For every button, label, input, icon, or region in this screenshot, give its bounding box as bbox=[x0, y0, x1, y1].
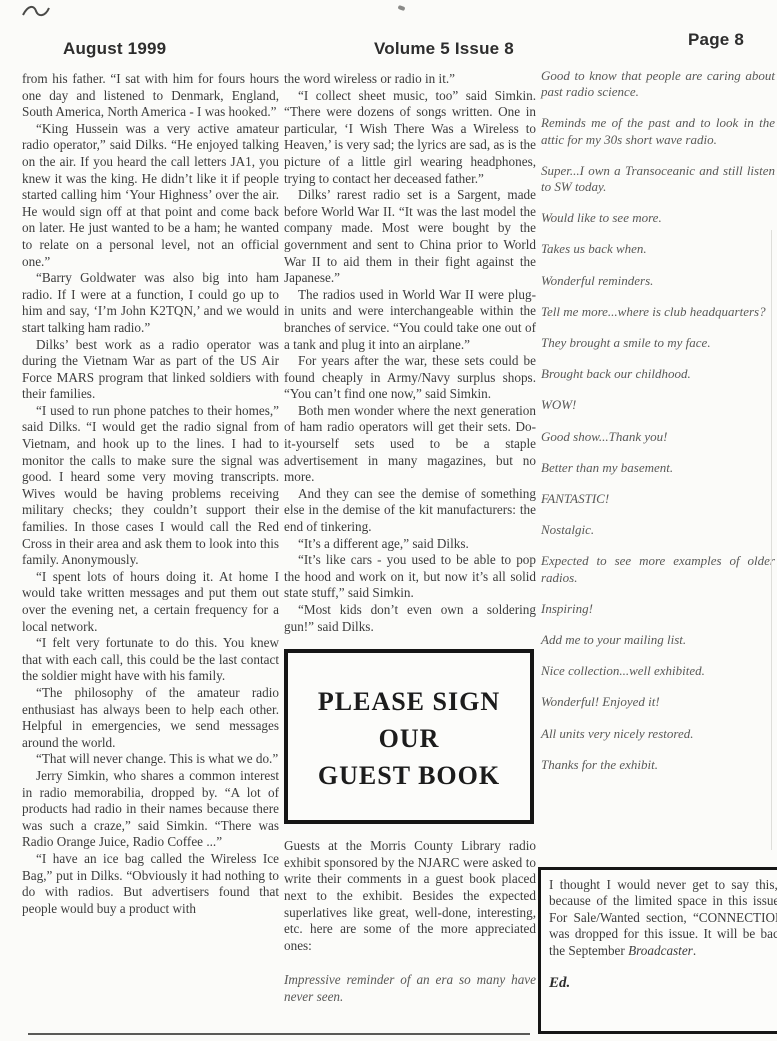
article-paragraph: For years after the war, these sets coul… bbox=[284, 353, 536, 403]
visitor-comment: Nice collection...well exhibited. bbox=[541, 663, 775, 679]
editor-signature: Ed. bbox=[549, 975, 777, 991]
article-paragraph: “Most kids don’t even own a soldering gu… bbox=[284, 602, 536, 635]
visitor-comment: Inspiring! bbox=[541, 601, 775, 617]
article-paragraph: Both men wonder where the next generatio… bbox=[284, 403, 536, 486]
visitor-comment: Takes us back when. bbox=[541, 241, 775, 257]
article-paragraph: “I felt very fortunate to do this. You k… bbox=[22, 635, 279, 685]
visitor-comment: Add me to your mailing list. bbox=[541, 632, 775, 648]
guest-book-box: PLEASE SIGN OUR GUEST BOOK bbox=[284, 649, 534, 824]
article-paragraph: “It’s like cars - you used to be able to… bbox=[284, 552, 536, 602]
article-paragraph: the word wireless or radio in it.” bbox=[284, 71, 536, 88]
article-paragraph: Dilks’ best work as a radio operator was… bbox=[22, 337, 279, 403]
editor-note-period: . bbox=[693, 943, 696, 958]
article-paragraph: “I used to run phone patches to their ho… bbox=[22, 403, 279, 569]
scan-speck-mark bbox=[398, 5, 406, 11]
middle-column-text: the word wireless or radio in it.”“I col… bbox=[284, 71, 536, 635]
visitor-comment: Tell me more...where is club headquarter… bbox=[541, 304, 775, 320]
scan-scribble-mark bbox=[21, 3, 51, 24]
article-paragraph: “I have an ice bag called the Wireless I… bbox=[22, 851, 279, 917]
guest-book-title-line2: GUEST BOOK bbox=[294, 757, 524, 794]
scan-edge-line bbox=[28, 1033, 530, 1035]
visitor-comment: Thanks for the exhibit. bbox=[541, 757, 775, 773]
visitor-comment: Reminds me of the past and to look in th… bbox=[541, 115, 775, 147]
article-paragraph: “It’s a different age,” said Dilks. bbox=[284, 536, 536, 553]
scan-edge-vertical bbox=[771, 230, 772, 850]
article-paragraph: And they can see the demise of something… bbox=[284, 486, 536, 536]
article-paragraph: “The philosophy of the amateur radio ent… bbox=[22, 685, 279, 751]
header-issue: Volume 5 Issue 8 bbox=[374, 39, 514, 59]
visitor-comment: Expected to see more examples of older r… bbox=[541, 553, 775, 585]
visitor-comment: All units very nicely restored. bbox=[541, 726, 775, 742]
visitor-comment: Better than my basement. bbox=[541, 460, 775, 476]
header-page-number: Page 8 bbox=[688, 30, 744, 50]
article-paragraph: Dilks’ rarest radio set is a Sargent, ma… bbox=[284, 187, 536, 287]
guest-book-intro: Guests at the Morris County Library radi… bbox=[284, 838, 536, 1005]
article-column-left: from his father. “I sat with him for fou… bbox=[22, 71, 279, 917]
visitor-comment: FANTASTIC! bbox=[541, 491, 775, 507]
visitor-comment: Good show...Thank you! bbox=[541, 429, 775, 445]
editor-note-box: I thought I would never get to say this,… bbox=[538, 867, 777, 1034]
article-paragraph: “That will never change. This is what we… bbox=[22, 751, 279, 768]
visitor-comment: Wonderful reminders. bbox=[541, 273, 775, 289]
article-paragraph: from his father. “I sat with him for fou… bbox=[22, 71, 279, 121]
visitor-comment: Super...I own a Transoceanic and still l… bbox=[541, 163, 775, 195]
visitor-comment: Good to know that people are caring abou… bbox=[541, 68, 775, 100]
visitor-comment: WOW! bbox=[541, 397, 775, 413]
visitor-comment: Nostalgic. bbox=[541, 522, 775, 538]
article-paragraph: “I spent lots of hours doing it. At home… bbox=[22, 569, 279, 635]
header-date: August 1999 bbox=[63, 39, 166, 59]
guest-book-intro-paragraph: Guests at the Morris County Library radi… bbox=[284, 838, 536, 954]
article-paragraph: “King Hussein was a very active amateur … bbox=[22, 121, 279, 270]
guest-book-intro-paragraph: Impressive reminder of an era so many ha… bbox=[284, 972, 536, 1005]
article-column-middle: the word wireless or radio in it.”“I col… bbox=[284, 71, 536, 1021]
article-paragraph: “Barry Goldwater was also big into ham r… bbox=[22, 270, 279, 336]
visitor-comment: Would like to see more. bbox=[541, 210, 775, 226]
editor-note-newsletter-name: Broadcaster bbox=[628, 943, 693, 958]
article-paragraph: “I collect sheet music, too” said Simkin… bbox=[284, 88, 536, 188]
visitor-comment: They brought a smile to my face. bbox=[541, 335, 775, 351]
comments-column: Good to know that people are caring abou… bbox=[541, 68, 775, 788]
visitor-comment: Brought back our childhood. bbox=[541, 366, 775, 382]
editor-note-text: I thought I would never get to say this,… bbox=[549, 877, 777, 959]
article-paragraph: The radios used in World War II were plu… bbox=[284, 287, 536, 353]
article-paragraph: Jerry Simkin, who shares a common intere… bbox=[22, 768, 279, 851]
newsletter-page: August 1999 Volume 5 Issue 8 Page 8 from… bbox=[0, 0, 777, 1041]
guest-book-title-line1: PLEASE SIGN OUR bbox=[294, 683, 524, 757]
visitor-comment: Wonderful! Enjoyed it! bbox=[541, 694, 775, 710]
